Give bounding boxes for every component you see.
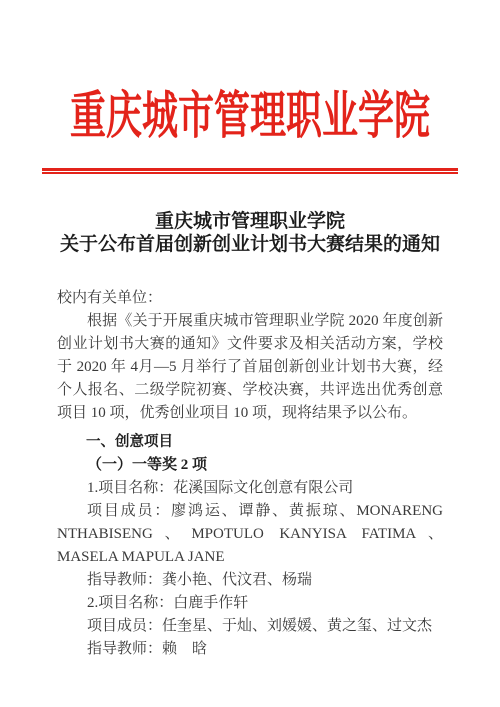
project-teachers: 指导教师：赖 晗 bbox=[57, 638, 443, 661]
award-heading-first-prize: （一）一等奖 2 项 bbox=[57, 454, 443, 477]
document-body: 校内有关单位： 根据《关于开展重庆城市管理职业学院 2020 年度创新创业计划书… bbox=[57, 287, 443, 661]
doc-title-line-1: 重庆城市管理职业学院 bbox=[57, 210, 443, 233]
document-page: 重庆城市管理职业学院 重庆城市管理职业学院 关于公布首届创新创业计划书大赛结果的… bbox=[0, 0, 500, 707]
salutation: 校内有关单位： bbox=[57, 287, 443, 310]
project-members: 项目成员：廖鸿运、谭静、黄振琼、MONARENG NTHABISENG、MPOT… bbox=[57, 500, 443, 569]
doc-title-line-2: 关于公布首届创新创业计划书大赛结果的通知 bbox=[57, 233, 443, 256]
letterhead-school-name: 重庆城市管理职业学院 bbox=[57, 90, 443, 141]
letterhead-divider bbox=[42, 168, 458, 174]
section-heading-creative-projects: 一、创意项目 bbox=[57, 431, 443, 454]
doc-title: 重庆城市管理职业学院 关于公布首届创新创业计划书大赛结果的通知 bbox=[57, 210, 443, 256]
project-entry-1: 1.项目名称：花溪国际文化创意有限公司 项目成员：廖鸿运、谭静、黄振琼、MONA… bbox=[57, 477, 443, 592]
project-name: 1.项目名称：花溪国际文化创意有限公司 bbox=[57, 477, 443, 500]
project-members: 项目成员：任奎星、于灿、刘媛媛、黄之玺、过文杰 bbox=[57, 615, 443, 638]
project-entry-2: 2.项目名称：白鹿手作轩 项目成员：任奎星、于灿、刘媛媛、黄之玺、过文杰 指导教… bbox=[57, 592, 443, 661]
intro-paragraph: 根据《关于开展重庆城市管理职业学院 2020 年度创新创业计划书大赛的通知》文件… bbox=[57, 310, 443, 425]
project-name: 2.项目名称：白鹿手作轩 bbox=[57, 592, 443, 615]
project-teachers: 指导教师：龚小艳、代汶君、杨瑞 bbox=[57, 569, 443, 592]
